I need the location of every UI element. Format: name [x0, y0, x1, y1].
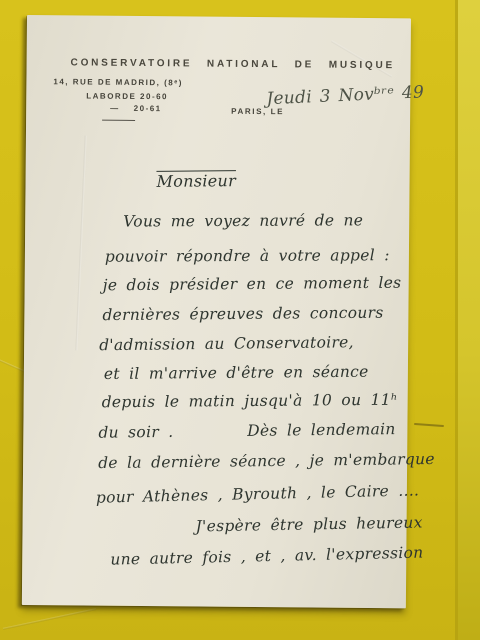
handwritten-line: J'espère être plus heureux — [195, 514, 422, 536]
photo-background: CONSERVATOIRE NATIONAL DE MUSIQUE 14, RU… — [0, 0, 480, 640]
handwritten-line: de la dernière séance , je m'embarque — [98, 450, 435, 472]
background-right-strip — [458, 0, 480, 640]
letter-paper: CONSERVATOIRE NATIONAL DE MUSIQUE 14, RU… — [22, 15, 411, 608]
letterhead-phone-2: 20-61 — [134, 104, 162, 113]
letterhead-phone-1: LABORDE 20-60 — [86, 92, 168, 102]
handwritten-line: pouvoir répondre à votre appel : — [105, 246, 390, 265]
handwritten-line: je dois présider en ce moment les — [103, 274, 402, 295]
handwritten-line: Vous me voyez navré de ne — [123, 211, 363, 230]
letter-salutation: Monsieur — [156, 171, 236, 191]
letterhead-organization: CONSERVATOIRE NATIONAL DE MUSIQUE — [71, 57, 396, 71]
letterhead-dash: — — [110, 104, 120, 113]
handwritten-line: pour Athènes , Byrouth , le Caire .... — [96, 481, 420, 506]
letterhead-rule — [102, 120, 135, 121]
background-scratch — [414, 423, 444, 427]
handwritten-line: dernières épreuves des concours — [102, 304, 383, 324]
paper-crease — [75, 136, 86, 351]
handwritten-line: et il m'arrive d'être en séance — [104, 363, 369, 383]
letterhead-phone-2-row: —20-61 — [110, 104, 162, 113]
handwritten-line: une autre fois , et , av. l'expression — [110, 544, 424, 569]
handwritten-line: du soir . Dès le lendemain — [98, 420, 395, 442]
handwritten-date: Jeudi 3 Novᵇʳᵉ 49 — [266, 82, 425, 109]
letterhead-address: 14, RUE DE MADRID, (8ᵉ) — [53, 77, 183, 87]
background-crease — [3, 608, 96, 630]
handwritten-line: d'admission au Conservatoire, — [99, 333, 354, 354]
handwritten-line: depuis le matin jusqu'à 10 ou 11ʰ — [102, 391, 398, 412]
